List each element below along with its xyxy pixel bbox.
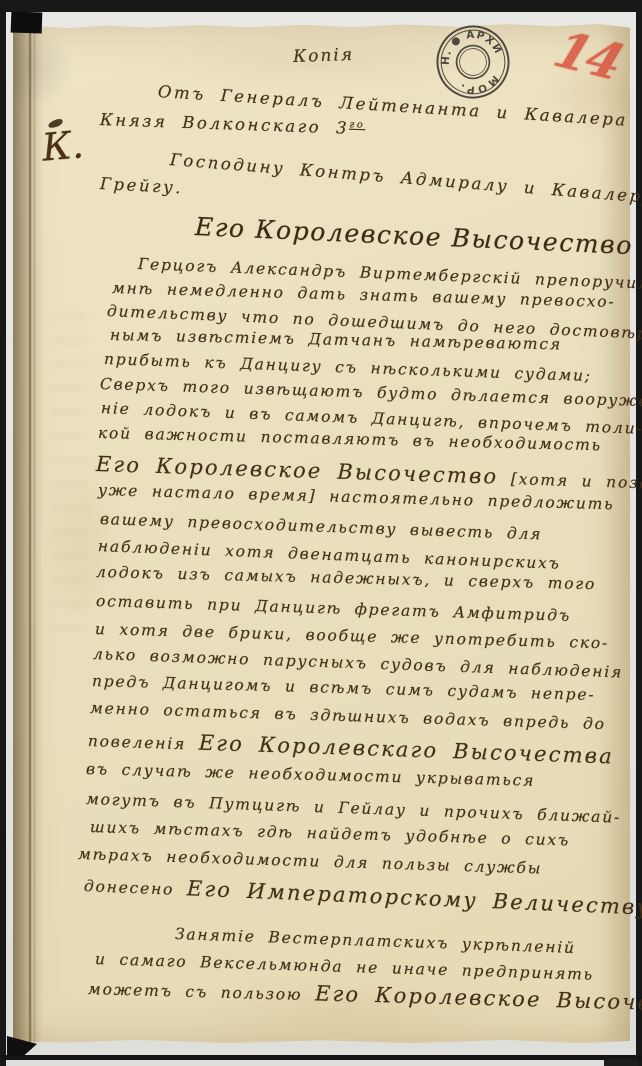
next-page-edge xyxy=(6,1060,636,1066)
binding-crease-2 xyxy=(34,23,35,1044)
binding-crease xyxy=(29,23,31,1044)
ordinal-suffix: го xyxy=(349,119,366,131)
registry-mark: К. xyxy=(40,122,85,169)
manuscript-viewer: Копія МИН. ● АРХИВЪ МОР. 14 К. Отъ Генер… xyxy=(0,0,642,1066)
ink-bleedthrough xyxy=(52,300,86,630)
copy-label: Копія xyxy=(293,45,355,67)
line-text: повеленія xyxy=(88,732,199,754)
binding-shadow xyxy=(13,23,43,1044)
next-page-corner xyxy=(604,1059,638,1066)
line-text: донесено xyxy=(84,877,188,899)
mount-corner-top-left xyxy=(11,11,43,33)
